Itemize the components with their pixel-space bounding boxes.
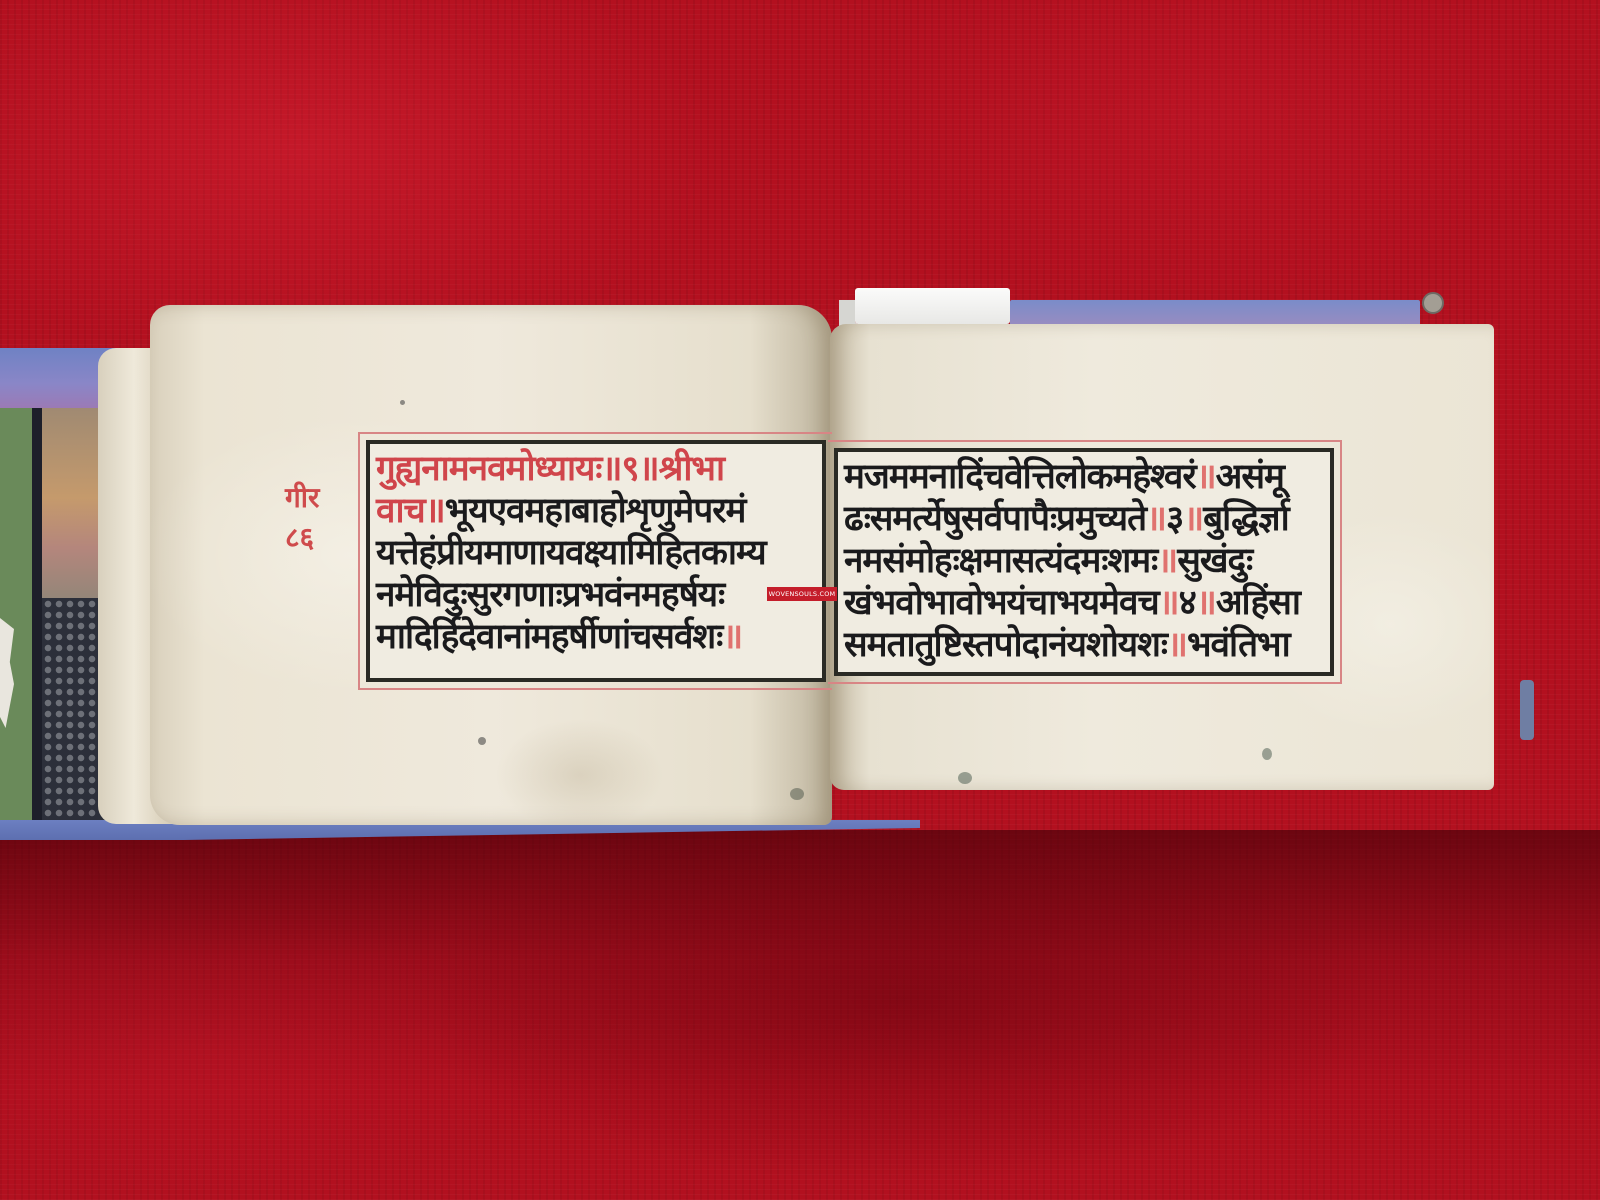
painting-flaked-paint [0, 618, 14, 728]
verse-marker: ॥ [1157, 541, 1177, 581]
manuscript-line: ढःसमर्त्येषुसर्वपापैःप्रमुच्यते॥३॥बुद्धि… [844, 498, 1324, 540]
text-segment: भूयएवमहाबाहोशृणुमेपरमं [445, 491, 746, 531]
text-segment: असंमू [1216, 457, 1284, 497]
verse-marker: ॥ [1167, 625, 1187, 665]
text-segment: भवंतिभा [1187, 625, 1290, 665]
text-segment: ४ [1179, 583, 1196, 623]
manuscript-line: गुह्यनामनवमोध्यायः॥९॥श्रीभा [376, 448, 816, 490]
watermark-badge: WOVENSOULS.COM [767, 587, 837, 601]
ink-stain [400, 400, 405, 405]
binding-tie-knot [1422, 292, 1444, 314]
text-segment: बुद्धिर्ज्ञा [1203, 499, 1289, 539]
verse-marker: ॥ [1146, 499, 1166, 539]
manuscript-line: यत्तेहंप्रीयमाणायवक्ष्यामिहितकाम्य [376, 532, 816, 574]
folio-number: ८६ [285, 518, 319, 558]
manuscript-line: मादिर्हिदेवानांमहर्षीणांचसर्वशः॥ [376, 616, 816, 658]
text-segment: यत्तेहंप्रीयमाणायवक्ष्यामिहितकाम्य [376, 533, 766, 573]
text-segment: सुखंदुः [1177, 541, 1252, 581]
manuscript-line: खंभवोभावोभयंचाभयमेवच॥४॥अहिंसा [844, 582, 1324, 624]
left-text-block: गुह्यनामनवमोध्यायः॥९॥श्रीभावाच॥भूयएवमहाब… [368, 442, 824, 680]
text-segment: मजममनादिंचवेत्तिलोकमहेश्वरं [844, 457, 1196, 497]
left-text-frame: गुह्यनामनवमोध्यायः॥९॥श्रीभावाच॥भूयएवमहाब… [358, 432, 832, 690]
verse-marker: ॥ [1183, 499, 1203, 539]
manuscript-line: वाच॥भूयएवमहाबाहोशृणुमेपरमं [376, 490, 816, 532]
manuscript-book: गीर ८६ गुह्यनामनवमोध्यायः॥९॥श्रीभावाच॥भू… [0, 0, 1600, 1200]
folio-margin-label: गीर ८६ [285, 478, 319, 558]
text-segment: नमेविदुःसुरगणाःप्रभवंनमहर्षयः [376, 575, 724, 615]
ink-stain [958, 772, 972, 784]
manuscript-line: नमेविदुःसुरगणाःप्रभवंनमहर्षयः [376, 574, 816, 616]
verse-marker: ॥ [722, 617, 742, 657]
text-segment: गुह्यनामनवमोध्यायः॥९॥श्रीभा [376, 449, 724, 489]
verse-marker: ॥ [1196, 583, 1216, 623]
text-segment: वाच॥ [376, 491, 445, 531]
manuscript-line: मजममनादिंचवेत्तिलोकमहेश्वरं॥असंमू [844, 456, 1324, 498]
text-segment: अहिंसा [1216, 583, 1300, 623]
right-text-frame: मजममनादिंचवेत्तिलोकमहेश्वरं॥असंमूढःसमर्त… [828, 440, 1342, 684]
verse-marker: ॥ [1159, 583, 1179, 623]
ink-stain [790, 788, 804, 800]
paper-tabs [855, 288, 1010, 324]
manuscript-line: नमसंमोहःक्षमासत्यंदमःशमः॥सुखंदुः [844, 540, 1324, 582]
text-segment: ३ [1166, 499, 1183, 539]
manuscript-line: समतातुष्टिस्तपोदानंयशोयशः॥भवंतिभा [844, 624, 1324, 666]
verse-marker: ॥ [1196, 457, 1216, 497]
ink-stain [478, 737, 486, 745]
folio-label-line1: गीर [285, 478, 319, 518]
painted-illustration-edge [0, 408, 110, 820]
text-segment: मादिर्हिदेवानांमहर्षीणांचसर्वशः [376, 617, 722, 657]
text-segment: समतातुष्टिस्तपोदानंयशोयशः [844, 625, 1167, 665]
ink-stain [1262, 748, 1272, 760]
text-segment: नमसंमोहःक्षमासत्यंदमःशमः [844, 541, 1157, 581]
text-segment: खंभवोभावोभयंचाभयमेवच [844, 583, 1159, 623]
text-segment: ढःसमर्त्येषुसर्वपापैःप्रमुच्यते [844, 499, 1146, 539]
right-text-block: मजममनादिंचवेत्तिलोकमहेश्वरं॥असंमूढःसमर्त… [836, 450, 1332, 674]
binding-tie-tail [1520, 680, 1534, 740]
